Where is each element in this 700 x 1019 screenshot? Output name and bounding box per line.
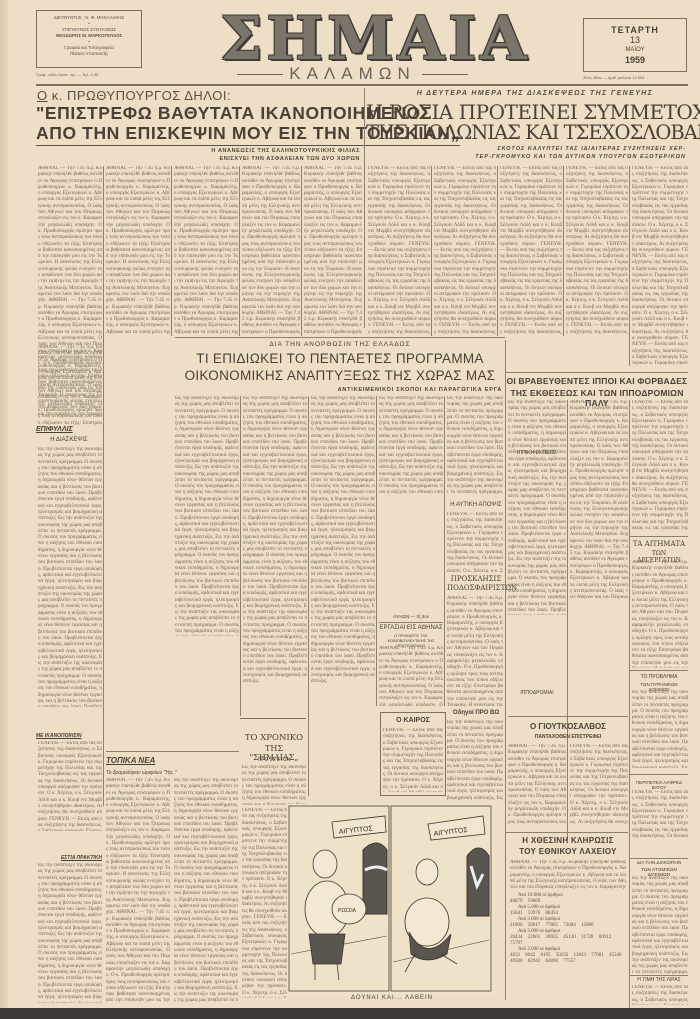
workers-body: ΑΘΗΝΑΙ. — Την 7.45 π.μ. Κυριακήν επανήλθ… <box>632 560 688 668</box>
lead-right-kicker: Η ΔΕΥΤΕΡΑ ΗΜΕΡΑ ΤΗΣ ΔΙΑΣΚΕΨΕΩΣ ΤΗΣ ΓΕΝΕΥ… <box>395 90 675 97</box>
small-news-dateline: ΑΥΛΙΩΝ — τῆ 3ον <box>379 614 443 619</box>
lead-right-subhead-1: ΣΚΟΤΟΣ ΚΑΛΥΠΤΕΙ ΤΑΣ ΙΔΙΑΙΤΕΡΑΣ ΣΥΖΗΤΗΣΕΙ… <box>450 145 686 153</box>
lottery-prize-numbers: 20434 32601 36925 45120 31728 60912 7579… <box>510 935 628 947</box>
lead-right-body-col1: ΓΕΝΕΥΗ. — Εκτός από τας συζητήσεις της δ… <box>368 166 430 336</box>
epifyllis-subtitle: Η ΔΙΑΣΚΕΨΙΣ <box>36 437 102 443</box>
section-rule <box>175 337 505 338</box>
adventure-body: ΓΕΝΕΥΗ. — Εκτός από τας συζητήσεις της δ… <box>632 790 688 840</box>
bread-body: ΓΕΝΕΥΗ. — Εκτός από τας συζητήσεις της δ… <box>632 985 688 1005</box>
column-rule <box>171 166 172 336</box>
lead-right-body-col2: ΓΕΝΕΥΗ. — Εκτός από τας συζητήσεις της δ… <box>434 166 496 336</box>
column-rule <box>301 166 302 336</box>
adventure-title: ΠΕΡΙΠΕΤΕΙΑ ΑΛΦΡΕΔ ΒΑΤΟΥ <box>630 780 688 790</box>
section-rule <box>508 716 628 717</box>
epifyllis-body: Εις την ανάπτυξιν της οικονομίας της χώρ… <box>38 447 102 707</box>
plan-body-col3: Εις την ανάπτυξιν της οικονομίας της χώρ… <box>311 396 375 796</box>
issue-date: 13 <box>584 35 686 45</box>
column-rule <box>497 166 498 336</box>
topika-nea-body-col2: Εις την ανάπτυξιν της οικονομίας της χώρ… <box>174 778 238 1003</box>
masthead-rule <box>36 84 688 86</box>
section-rule <box>630 975 688 976</box>
chronicle-byline: ΠΡΟ 25 ΕΤΩΝ <box>240 757 308 763</box>
political-cartoon: ΑΙΓΥΠΤΟΣ ΑΙΓΥΠΤΟΣ ΡΩΣΣΙΑ <box>287 804 494 996</box>
section-rule <box>106 751 239 752</box>
plan-subhead: ΑΝΤΙΚΕΙΜΕΝΙΚΟΙ ΣΚΟΠΟΙ ΚΑΙ ΠΑΡΑΓΩΓΙΚΑ ΕΡΓ… <box>280 387 502 393</box>
small-news-title: ΕΡΓΑΣΙΑΙ ΕΙΣ ΑΘΗΝΑΣ <box>379 625 443 631</box>
lead-right-body-col4: ΓΕΝΕΥΗ. — Εκτός από τας συζητήσεις της δ… <box>566 166 628 336</box>
newspaper-subtitle-text: ΚΑΛΑΜΩΝ <box>289 64 416 83</box>
lead-right-body-col5: ΓΕΝΕΥΗ. — Εκτός από τας συζητήσεις της δ… <box>632 166 688 366</box>
lead-left-subhead-1: Η ΑΝΑΝΕΩΣΙΣ ΤΗΣ ΕΛΛΗΝΟΤΟΥΡΚΙΚΗΣ ΦΙΛΙΑΣ <box>190 147 360 155</box>
section-rule <box>506 372 688 373</box>
horses-section-title: ΙΠΠΙΚΗ ΕΚΘΕΣΙΣ <box>508 450 566 456</box>
atomic-body: Εις την ανάπτυξιν της οικονομίας της χώρ… <box>632 876 688 974</box>
tests-body: Εις την ανάπτυξιν της οικονομίας της χώρ… <box>632 690 688 768</box>
cartoon-caption: ΔΟΥΝΑΙ ΚΑΙ... ΛΑΒΕΙΝ <box>287 995 497 1001</box>
plan-kicker: ΔΙΑ ΤΗΝ ΑΝΟΡΘΩΣΙΝ ΤΗΣ ΕΛΛΑΔΟΣ <box>175 341 505 348</box>
plan-headline-2: ΟΙΚΟΝΟΜΙΚΗΣ ΑΝΑΠΤΥΞΕΩΣ ΤΗΣ ΧΩΡΑΣ ΜΑΣ <box>175 368 505 383</box>
workers-title-1: ΤΑ ΑΙΤΗΜΑΤΑ <box>630 540 688 548</box>
section-rule <box>630 774 688 775</box>
lead-right-body-col3: ΓΕΝΕΥΗ. — Εκτός από τας συζητήσεις της δ… <box>500 166 562 336</box>
page-edge <box>0 0 8 1019</box>
issue-number-note: Έτος 48ον — Αριθ. φύλλου 13.904 <box>583 75 693 80</box>
topika-nea-title: ΤΟΠΙΚΑ ΝΕΑ <box>106 756 166 765</box>
issue-month: ΜΑΪΟΥ <box>584 45 686 55</box>
window-left-icon <box>363 843 387 914</box>
ear-left-note: Γραφ. ωδός Αριστ. αρ. — Τηλ. 2.36 <box>36 72 146 77</box>
section-rule <box>379 622 443 623</box>
column-rule <box>431 166 432 336</box>
plan-headline-1: ΤΙ ΕΠΙΔΙΩΚΕΙ ΤΟ ΠΕΝΤΑΕΤΕΣ ΠΡΟΓΡΑΜΜΑ <box>175 351 505 366</box>
column-rule <box>308 396 309 796</box>
lead-right-headline-2: ΤΗΣ ΠΟΛΩΝΙΑΣ ΚΑΙ ΤΣΕΧΟΣΛΟΒΑΚΙΑΣ <box>366 121 690 144</box>
column-rule <box>629 166 630 366</box>
lottery-title-1: Η ΧΘΕΣΙΝΗ ΚΛΗΡΩΣΙΣ <box>506 836 630 845</box>
lead-left-body-col5: ΑΘΗΝΑΙ. — Την 7.45 π.μ. Κυριακήν επανήλθ… <box>304 166 362 336</box>
column-rule <box>563 166 564 336</box>
lead-left-body-col4: ΑΘΗΝΑΙ. — Την 7.45 π.μ. Κυριακήν επανήλθ… <box>242 166 300 336</box>
masthead-ear-date: ΤΕΤΑΡΤΗ 13 ΜΑΪΟΥ 1959 <box>583 18 687 72</box>
svg-text:ΡΩΣΣΙΑ: ΡΩΣΣΙΑ <box>338 908 357 914</box>
gioutkosalvos-subtitle: ΠΑΝΤΑΧΟΘΕΝ ΕΠΙΣΤΡΕΦΕΙ <box>508 734 628 740</box>
column-rule <box>364 88 365 328</box>
estia-body: Εις την ανάπτυξιν της οικονομίας της χώρ… <box>38 863 102 1003</box>
ear-address: Πλατεία Υπαπαντής <box>37 51 141 57</box>
money-bag-icon: ΡΩΣΣΙΑ <box>332 894 366 924</box>
chronicle-title-1: ΤΟ ΧΡΟΝΙΚΟ <box>240 733 308 743</box>
proskilisis-title: ΠΡΟΣΚΛΗΣΙΣ ΠΟΔΟΣΦΑΙΡΙΣΤΩΝ <box>447 575 505 593</box>
newspaper-subtitle: ΚΑΛΑΜΩΝ <box>230 64 475 84</box>
gioutkosalvos-body-col1: ΑΘΗΝΑΙ. — Την 7.45 π.μ. Κυριακήν επανήλθ… <box>508 744 566 824</box>
issue-day: ΤΕΤΑΡΤΗ <box>584 25 686 35</box>
left-col-body: ΑΘΗΝΑΙ. — Την 7.45 π.μ. Κυριακήν επανήλθ… <box>38 345 102 425</box>
gioutkosalvos-title: Ο ΓΙΟΥΤΚΟΣΑΛΒΟΣ <box>508 722 628 731</box>
horses-body-col3: ΓΕΝΕΥΗ. — Εκτός από τας συζητήσεις της δ… <box>632 400 688 530</box>
column-rule <box>240 396 241 716</box>
topika-nea-body-col1: ΑΘΗΝΑΙ. — Την 7.45 π.μ. Κυριακήν επανήλθ… <box>106 778 170 1003</box>
weather-body: ΓΕΝΕΥΗ. — Εκτός από τας συζητήσεις της δ… <box>383 728 443 792</box>
lottery-intro: ΑΘΗΝΑΙ. — Την 7.45 π.μ. Κυριακήν επανήλθ… <box>510 860 626 890</box>
small-news-body: ΑΘΗΝΑΙ. — Την 7.45 π.μ. Κυριακήν επανήλθ… <box>379 646 443 706</box>
lottery-title-2: ΤΟΥ ΕΘΝΙΚΟΥ ΛΑΧΕΙΟΥ <box>506 847 630 856</box>
horses-body-col2: ΑΘΗΝΑΙ. — Την 7.45 π.μ. Κυριακήν επανήλθ… <box>570 400 628 600</box>
lottery-results: Ανά 10.000 οί άριθμοί40879 59669Ανά 5.00… <box>510 893 628 965</box>
lead-right-subhead-2: ΤΕΡ-ΓΚΡΟΜΥΚΟ ΚΑΙ ΤΩΝ ΔΥΤΙΚΩΝ ΥΠΟΥΡΓΩΝ ΕΞ… <box>450 153 686 161</box>
estia-title: ΕΣΤΙΑ ΠΡΑΚΤΙΚΗ <box>36 855 102 861</box>
lead-left-subhead: Η ΑΝΑΝΕΩΣΙΣ ΤΗΣ ΕΛΛΗΝΟΤΟΥΡΚΙΚΗΣ ΦΙΛΙΑΣ Ε… <box>190 147 360 163</box>
proskilisis-body: ΑΘΗΝΑΙ. — Την 7.45 π.μ. Κυριακήν επανήλθ… <box>447 596 503 706</box>
ikanopoiisin-body: ΓΕΝΕΥΗ. — Εκτός από τας συζητήσεις της δ… <box>38 741 102 831</box>
plan-body-col1: Εις την ανάπτυξιν της οικονομίας της χώρ… <box>175 396 239 636</box>
masthead-ear-left: ΔΙΕΥΘΥΝΤΗΣ : Ν. Φ. ΜΗΧΑΛΑΚΗΣ • ΥΠΕΥΘΥΝΟΣ… <box>36 10 142 68</box>
column-rule <box>239 166 240 336</box>
ikanopoiisin-title: ΜΕ ΙΚΑΝΟΠΟΙΗΣΙΝ <box>36 733 102 739</box>
lead-left-body-col2: ΑΘΗΝΑΙ. — Την 7.45 π.μ. Κυριακήν επανήλθ… <box>106 166 170 336</box>
lottery-prize-numbers: 4832 6042 8195 50232 13843 77001 45340 4… <box>510 953 628 965</box>
column-rule <box>567 400 568 840</box>
epifyllis-title: ΕΠΙΦΥΛΛΙΣ <box>36 426 102 433</box>
lead-left-subhead-2: ΕΝΙΣΧΥΕΙ ΤΗΝ ΑΣΦΑΛΕΙΑΝ ΤΩΝ ΔΥΟ ΧΩΡΩΝ <box>190 155 360 163</box>
chronicle-body: Εις την ανάπτυξιν της οικονομίας της χώρ… <box>242 765 306 805</box>
plan-body-col5: Εις την ανάπτυξιν της οικονομίας της χώρ… <box>447 396 503 496</box>
weather-title: Ο ΚΑΙΡΟΣ <box>380 717 446 724</box>
section-rule <box>630 536 688 537</box>
column-rule <box>505 340 506 1000</box>
horses-headline-1: ΟΙ ΒΡΑΒΕΥΘΕΝΤΕΣ ΙΠΠΟΙ ΚΑΙ ΦΟΡΒΑΔΕΣ <box>506 376 688 386</box>
column-rule <box>103 166 104 806</box>
aftiki-body: ΓΕΝΕΥΗ. — Εκτός από τας συζητήσεις της δ… <box>447 512 503 572</box>
column-rule <box>629 400 630 1019</box>
lead-right-subhead: ΣΚΟΤΟΣ ΚΑΛΥΠΤΕΙ ΤΑΣ ΙΔΙΑΙΤΕΡΑΣ ΣΥΖΗΤΗΣΕΙ… <box>450 145 686 161</box>
horses-body-col1: Εις την ανάπτυξιν της οικονομίας της χώρ… <box>508 400 566 615</box>
lead-left-kicker: Ο κ. ΠΡΩΘΥΠΟΥΡΓΟΣ ΔΗΛΟΙ: <box>37 88 231 103</box>
lead-left-body-col3: ΑΘΗΝΑΙ. — Την 7.45 π.μ. Κυριακήν επανήλθ… <box>174 166 238 336</box>
odigoi-body: Εις την ανάπτυξιν της οικονομίας της χώρ… <box>447 720 503 800</box>
column-rule <box>376 396 377 706</box>
scan-bottom-edge <box>0 1008 700 1019</box>
atomic-title-1: ΔΙΑ ΤΗΝ ΔΙΑΚΟΠΗΝ <box>630 861 688 866</box>
chronicle-rule <box>240 718 306 719</box>
section-rule <box>630 858 688 859</box>
plan-body-col2: Εις την ανάπτυξιν της οικονομίας της χώρ… <box>243 396 307 716</box>
column-body: ΓΕΝΕΥΗ. — Εκτός από τας συζητήσεις της δ… <box>242 808 287 998</box>
odigoi-title: Όδηγοί ΠΡΟ ΒΩ <box>447 710 505 716</box>
hippodromies-title: ΙΠΠΟΔΡΟΜΙΑΙ <box>508 690 566 696</box>
column-rule <box>444 396 445 706</box>
tests-title-1: ΤΟ ΠΡΟΒΛΗΜΑ <box>630 674 688 680</box>
aftiki-title: Η ΑΥΤΙΚΗ ΑΠΟΨΙΣ <box>447 502 505 508</box>
bread-title: Η ΤΙΜΗ ΤΗΣ ΛΙΡΑΣ <box>630 977 688 983</box>
plan-body-col4: Εις την ανάπτυξιν της οικονομίας της χώρ… <box>379 396 443 496</box>
issue-year: 1959 <box>584 55 686 65</box>
section-rule <box>630 670 688 671</box>
section-rule <box>506 832 628 833</box>
newspaper-title: ΣΗΜΑΙΑ <box>220 8 480 70</box>
gioutkosalvos-body-col2: ΓΕΝΕΥΗ. — Εκτός από τας συζητήσεις της δ… <box>570 744 628 824</box>
topika-nea-first-item: Τό δρομολόγιον ώραρίων "Ήρ.." <box>106 770 239 776</box>
